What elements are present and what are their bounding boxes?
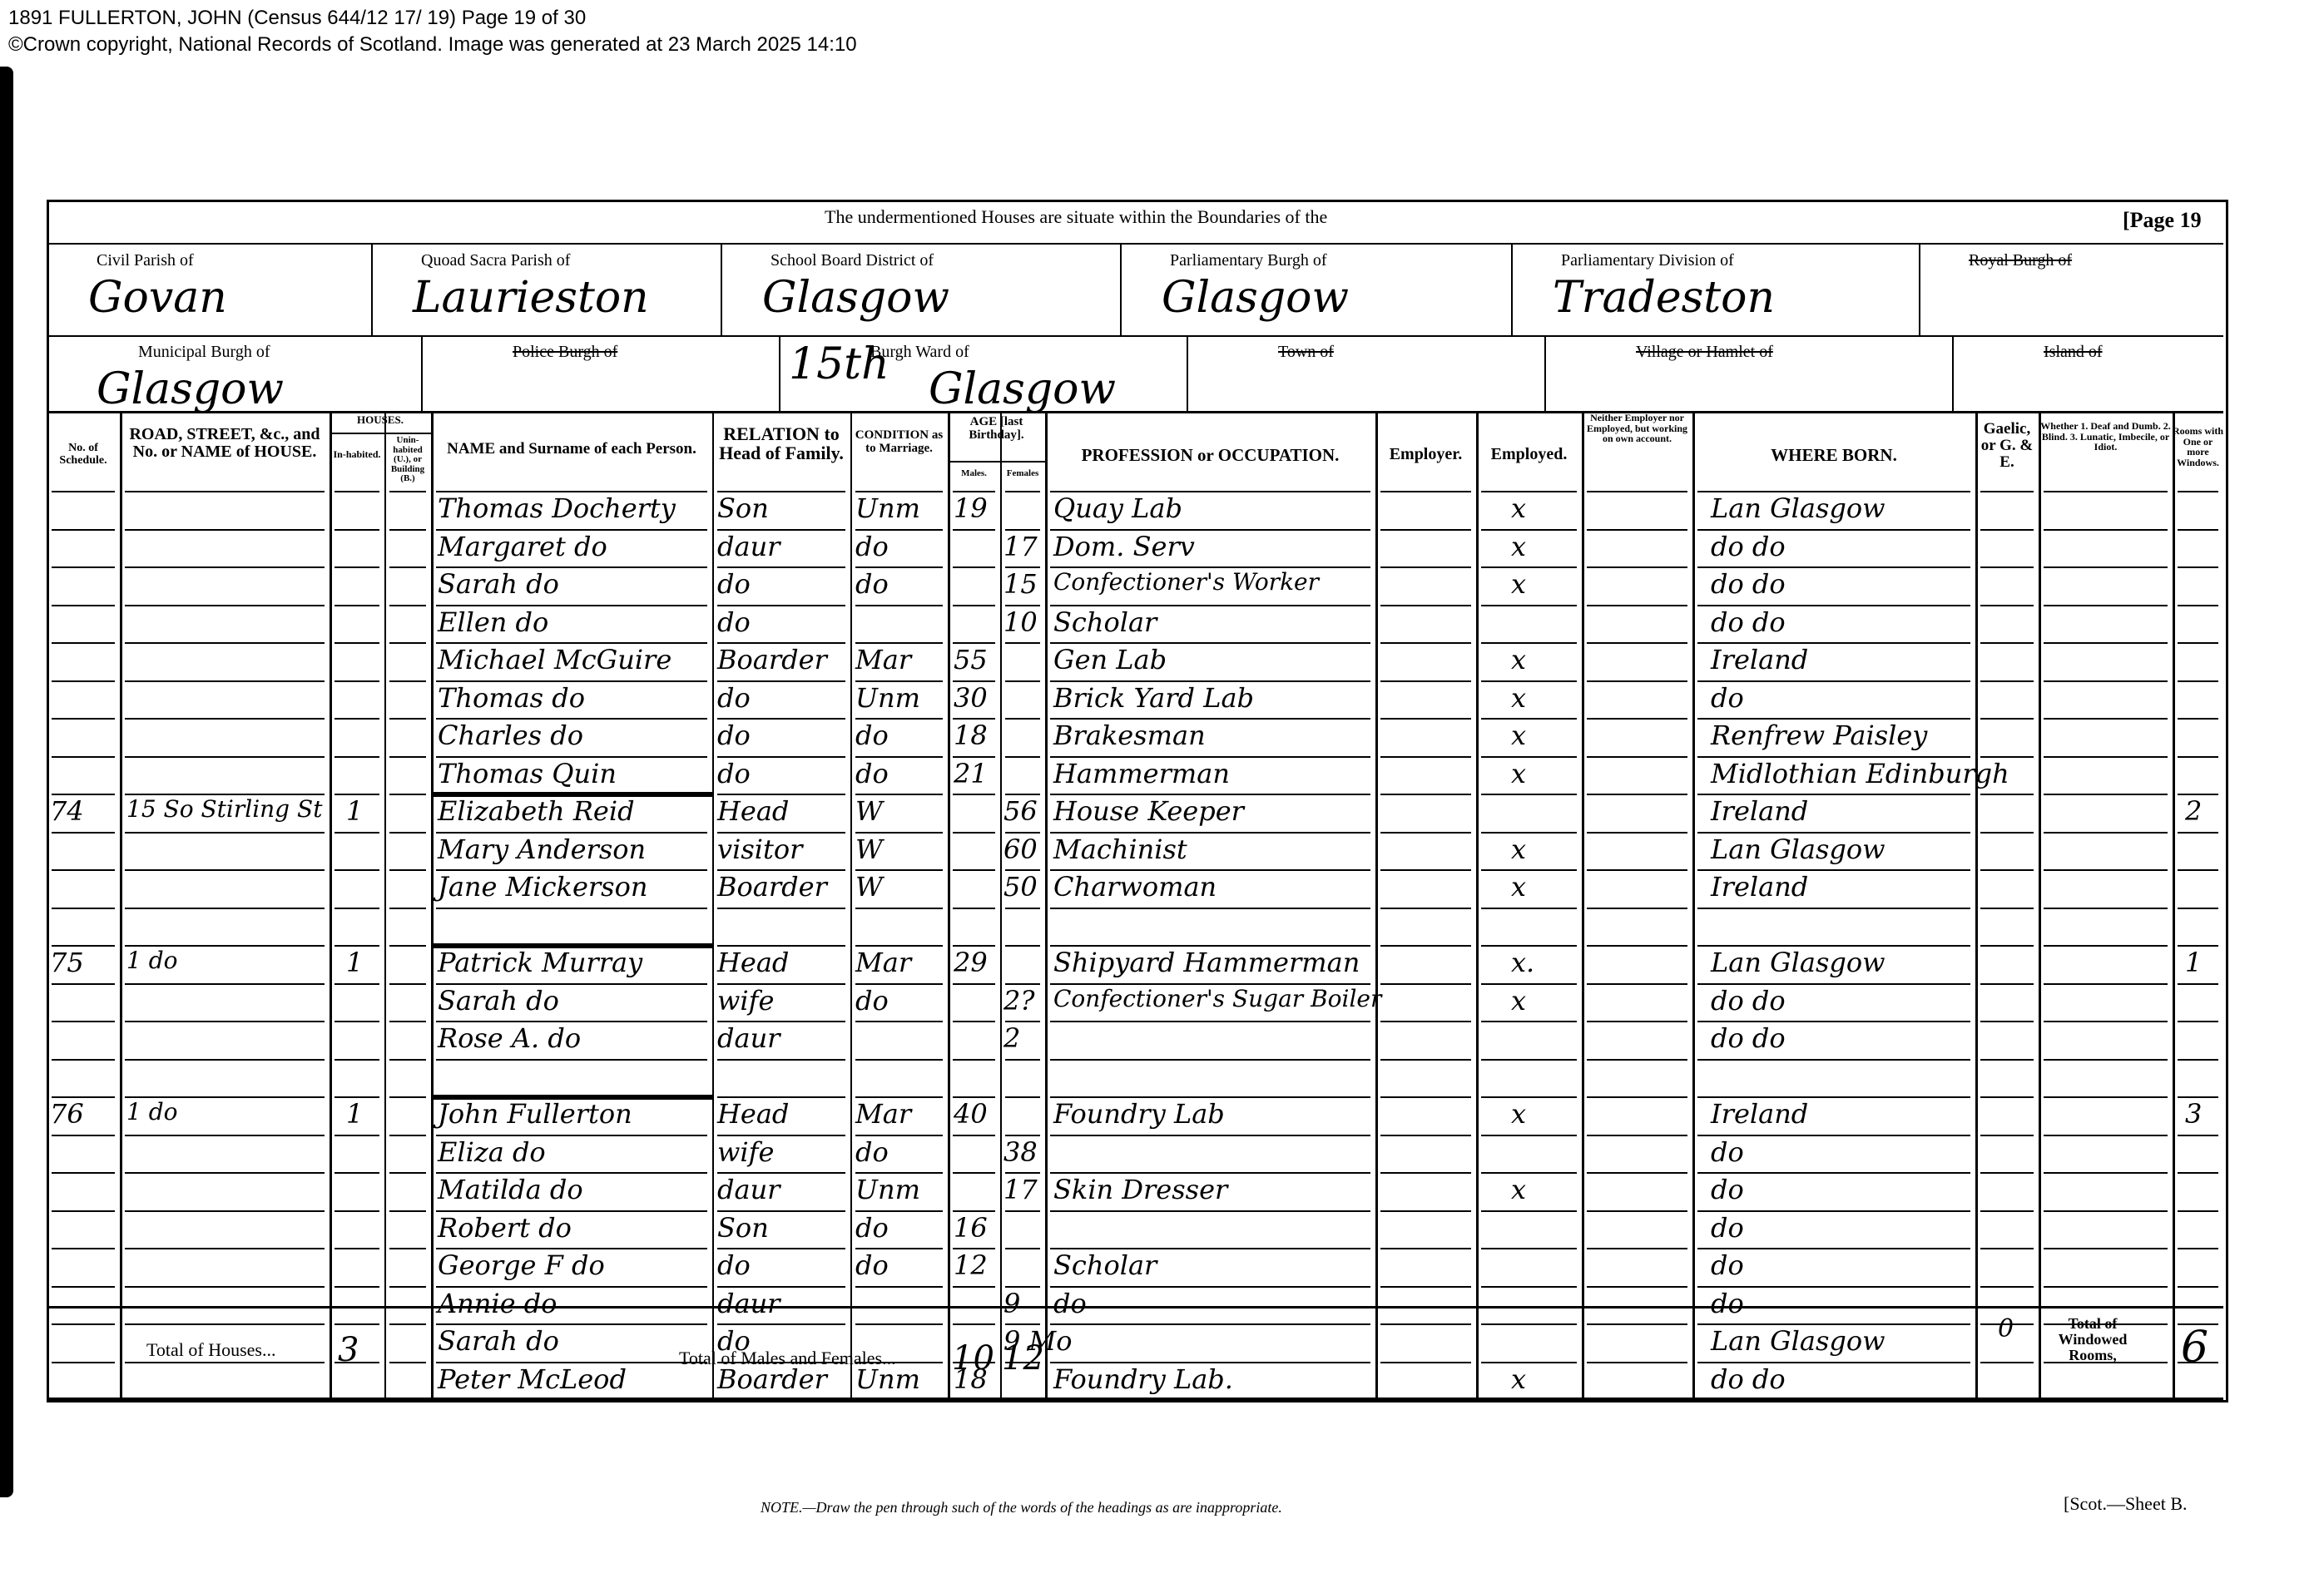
employed-mark: x	[1511, 834, 1526, 865]
person-name: Thomas do	[438, 682, 585, 714]
column-divider	[712, 411, 714, 1398]
row-rule	[953, 1021, 995, 1022]
page-binding-edge	[0, 67, 13, 1497]
row-rule	[334, 529, 379, 531]
row-rule	[953, 566, 995, 568]
column-divider	[2173, 411, 2175, 1398]
employed-mark: x	[1511, 644, 1526, 675]
row-rule	[125, 908, 325, 909]
row-rule	[436, 1399, 707, 1401]
condition-cell: Unm	[855, 682, 920, 714]
row-rule	[717, 908, 845, 909]
row-rule	[1380, 566, 1471, 568]
header-occupation: PROFESSION or OCCUPATION.	[1045, 446, 1375, 464]
male-age: 40	[954, 1098, 988, 1130]
row-rule	[1980, 832, 2034, 834]
row-rule	[389, 908, 426, 909]
relation-cell: daur	[717, 531, 780, 562]
record-title: 1891 FULLERTON, JOHN (Census 644/12 17/ …	[8, 7, 586, 30]
person-name: Annie do	[438, 1288, 557, 1319]
occupation-cell: Foundry Lab.	[1053, 1363, 1233, 1395]
birthplace-cell: do do	[1711, 531, 1786, 562]
row-rule	[2178, 756, 2218, 758]
occupation-cell: Foundry Lab	[1053, 1098, 1225, 1130]
column-divider	[330, 411, 332, 1398]
column-divider	[120, 411, 122, 1398]
row-rule	[2178, 1210, 2218, 1212]
person-name: Elizabeth Reid	[438, 795, 635, 827]
occupation-cell: Brakesman	[1053, 720, 1206, 751]
row-rule	[953, 1172, 995, 1174]
row-rule	[52, 566, 115, 568]
row-rule	[855, 1399, 943, 1401]
row-rule	[2044, 529, 2168, 531]
birthplace-cell: Lan Glasgow	[1711, 834, 1885, 865]
birthplace-cell: do	[1711, 1249, 1744, 1281]
row-rule	[1980, 794, 2034, 795]
employed-mark: x	[1511, 720, 1526, 751]
female-age: 38	[1003, 1136, 1038, 1168]
person-name: Mary Anderson	[438, 834, 646, 865]
total-males-value: 10	[952, 1339, 994, 1378]
row-rule	[125, 566, 325, 568]
row-rule	[389, 1021, 426, 1022]
row-rule	[125, 718, 325, 720]
birthplace-cell: do	[1711, 1174, 1744, 1205]
boundary-value: Glasgow	[1162, 273, 1349, 323]
row-rule	[2178, 1059, 2218, 1061]
row-rule	[1050, 1286, 1370, 1288]
row-rule	[2178, 1021, 2218, 1022]
row-rule	[1481, 1096, 1577, 1098]
row-rule	[1050, 908, 1370, 909]
rooms-cell: 1	[2185, 947, 2202, 978]
header-females: Females	[1000, 469, 1045, 479]
row-rule	[125, 491, 325, 492]
row-rule	[1980, 529, 2034, 531]
row-rule	[389, 605, 426, 606]
condition-cell: do	[855, 720, 889, 751]
row-rule	[334, 566, 379, 568]
row-rule	[1980, 1021, 2034, 1022]
column-divider	[1476, 411, 1479, 1398]
condition-cell: Mar	[855, 644, 911, 675]
person-name: Sarah do	[438, 568, 559, 600]
row-rule	[1380, 794, 1471, 795]
person-name: Ellen do	[438, 606, 548, 638]
employed-mark: x	[1511, 1098, 1526, 1130]
row-rule	[334, 1286, 379, 1288]
row-rule	[52, 908, 115, 909]
row-rule	[1587, 718, 1687, 720]
row-rule	[125, 756, 325, 758]
condition-cell: do	[855, 1136, 889, 1168]
total-persons-label: Total of Males and Females...	[679, 1348, 896, 1369]
relation-cell: do	[717, 720, 751, 751]
relation-cell: Head	[717, 947, 789, 978]
row-rule	[1380, 1172, 1471, 1174]
row-rule	[1587, 605, 1687, 606]
row-rule	[334, 1399, 379, 1401]
row-rule	[334, 1210, 379, 1212]
row-rule	[1980, 1286, 2034, 1288]
row-rule	[2178, 869, 2218, 871]
row-rule	[1380, 680, 1471, 682]
person-name: Thomas Quin	[438, 758, 617, 789]
row-rule	[389, 1135, 426, 1136]
relation-cell: daur	[717, 1288, 780, 1319]
female-age: 17	[1003, 1174, 1038, 1205]
row-rule	[334, 983, 379, 985]
row-rule	[334, 642, 379, 644]
occupation-cell: Scholar	[1053, 606, 1157, 638]
header-whether: Whether 1. Deaf and Dumb. 2. Blind. 3. L…	[2039, 421, 2173, 453]
condition-cell: Mar	[855, 947, 911, 978]
row-rule	[52, 869, 115, 871]
row-rule	[1380, 1021, 1471, 1022]
row-rule	[1005, 1248, 1040, 1249]
row-rule	[389, 1096, 426, 1098]
header-uninhabited: Unin-habited (U.), or Building (B.)	[384, 436, 431, 484]
row-rule	[334, 1172, 379, 1174]
row-rule	[1481, 756, 1577, 758]
row-rule	[2178, 1248, 2218, 1249]
row-rule	[389, 529, 426, 531]
row-rule	[2044, 1135, 2168, 1136]
row-rule	[2044, 680, 2168, 682]
row-rule	[953, 869, 995, 871]
condition-cell: W	[855, 795, 883, 827]
employed-mark: x	[1511, 682, 1526, 714]
birthplace-cell: do do	[1711, 1363, 1786, 1395]
person-name: Sarah do	[438, 985, 559, 1017]
relation-cell: daur	[717, 1174, 780, 1205]
row-rule	[1587, 869, 1687, 871]
row-rule	[1005, 491, 1040, 492]
boundary-label: Municipal Burgh of	[138, 343, 270, 362]
row-rule	[125, 1286, 325, 1288]
column-divider	[431, 411, 434, 1398]
row-rule	[1587, 1059, 1687, 1061]
inhabited-cell: 1	[346, 795, 363, 827]
row-rule	[1587, 1362, 1687, 1363]
row-rule	[1050, 1399, 1370, 1401]
divider	[1919, 243, 1920, 335]
employed-mark: x	[1511, 871, 1526, 903]
row-rule	[1380, 642, 1471, 644]
condition-cell: W	[855, 871, 883, 903]
header-males: Males.	[948, 469, 1000, 479]
female-age: 50	[1003, 871, 1038, 903]
column-divider	[1000, 411, 1002, 1398]
row-rule	[2044, 794, 2168, 795]
relation-cell: daur	[717, 1022, 780, 1054]
row-rule	[953, 1286, 995, 1288]
row-rule	[2044, 718, 2168, 720]
row-rule	[1587, 1248, 1687, 1249]
row-rule	[52, 832, 115, 834]
relation-cell: Boarder	[717, 644, 827, 675]
male-age: 19	[954, 492, 988, 524]
divider	[1120, 243, 1122, 335]
row-rule	[1481, 1399, 1577, 1401]
row-rule	[389, 1172, 426, 1174]
occupation-cell: House Keeper	[1053, 795, 1244, 827]
row-rule	[1005, 1399, 1040, 1401]
header-houses: HOUSES.	[330, 414, 431, 426]
row-rule	[1005, 642, 1040, 644]
header-relation: RELATION to Head of Family.	[712, 424, 850, 463]
row-rule	[1380, 1135, 1471, 1136]
row-rule	[1380, 1399, 1471, 1401]
row-rule	[1005, 1096, 1040, 1098]
condition-cell: W	[855, 834, 883, 865]
row-rule	[52, 1323, 115, 1325]
row-rule	[389, 718, 426, 720]
row-rule	[389, 1286, 426, 1288]
row-rule	[1481, 529, 1577, 531]
row-rule	[2044, 983, 2168, 985]
header-age: AGE [last Birthday].	[948, 416, 1045, 443]
relation-cell: do	[717, 682, 751, 714]
row-rule	[953, 794, 995, 795]
row-rule	[1481, 1135, 1577, 1136]
row-rule	[1005, 908, 1040, 909]
divider	[421, 335, 423, 411]
relation-cell: do	[717, 606, 751, 638]
row-rule	[1005, 1210, 1040, 1212]
row-rule	[1980, 1210, 2034, 1212]
row-rule	[1980, 1096, 2034, 1098]
employed-mark: x	[1511, 531, 1526, 562]
person-name: John Fullerton	[438, 1098, 632, 1130]
row-rule	[1980, 718, 2034, 720]
row-rule	[125, 529, 325, 531]
row-rule	[1380, 491, 1471, 492]
row-rule	[1050, 1059, 1370, 1061]
row-rule	[1587, 794, 1687, 795]
occupation-cell: do	[1053, 1288, 1087, 1319]
divider	[371, 243, 373, 335]
row-rule	[1481, 1021, 1577, 1022]
inhabited-cell: 1	[346, 1098, 363, 1130]
person-name: Matilda do	[438, 1174, 583, 1205]
male-age: 21	[954, 758, 988, 789]
relation-cell: do	[717, 758, 751, 789]
occupation-cell: Confectioner's Worker	[1053, 568, 1319, 596]
row-rule	[953, 1059, 995, 1061]
row-rule	[436, 1059, 707, 1061]
condition-cell: Unm	[855, 1174, 920, 1205]
row-rule	[2044, 756, 2168, 758]
row-rule	[1481, 642, 1577, 644]
row-rule	[389, 983, 426, 985]
row-rule	[52, 491, 115, 492]
row-rule	[125, 983, 325, 985]
row-rule	[125, 1021, 325, 1022]
row-rule	[1587, 983, 1687, 985]
row-rule	[52, 1021, 115, 1022]
schedule-number: 76	[50, 1098, 84, 1130]
row-rule	[2178, 1172, 2218, 1174]
row-rule	[2044, 832, 2168, 834]
header-where-born: WHERE BORN.	[1692, 446, 1975, 464]
schedule-number: 75	[50, 947, 84, 978]
occupation-cell: Dom. Serv	[1053, 531, 1195, 562]
occupation-cell: Brick Yard Lab	[1053, 682, 1254, 714]
birthplace-cell: do	[1711, 1136, 1744, 1168]
row-rule	[1587, 1172, 1687, 1174]
divider	[721, 243, 722, 335]
person-name: Eliza do	[438, 1136, 546, 1168]
row-rule	[334, 908, 379, 909]
row-rule	[389, 869, 426, 871]
column-divider	[384, 411, 386, 1398]
employed-mark: x	[1511, 492, 1526, 524]
row-rule	[2044, 945, 2168, 947]
row-rule	[1481, 1362, 1577, 1363]
row-rule	[2044, 642, 2168, 644]
row-rule	[1481, 605, 1577, 606]
row-rule	[125, 832, 325, 834]
row-rule	[1380, 1210, 1471, 1212]
divider	[47, 1306, 2223, 1308]
person-name: George F do	[438, 1249, 605, 1281]
row-rule	[2044, 605, 2168, 606]
boundary-value: Tradeston	[1553, 273, 1775, 323]
row-rule	[1005, 756, 1040, 758]
birthplace-cell: Lan Glasgow	[1711, 492, 1885, 524]
row-rule	[1481, 566, 1577, 568]
header-gaelic: Gaelic, or G. & E.	[1975, 421, 2039, 471]
row-rule	[389, 680, 426, 682]
relation-cell: Boarder	[717, 871, 827, 903]
row-rule	[1481, 794, 1577, 795]
occupation-cell: Gen Lab	[1053, 644, 1167, 675]
row-rule	[334, 718, 379, 720]
divider	[47, 335, 2223, 337]
column-divider	[1975, 411, 1978, 1398]
relation-cell: wife	[717, 985, 774, 1017]
boundary-label: Royal Burgh of	[1969, 251, 2072, 270]
row-rule	[2044, 1059, 2168, 1061]
condition-cell: Mar	[855, 1098, 911, 1130]
row-rule	[953, 1135, 995, 1136]
total-gaelic-value: 0	[1998, 1314, 2014, 1343]
row-rule	[1980, 642, 2034, 644]
boundary-label: Parliamentary Division of	[1561, 251, 1734, 270]
row-rule	[1380, 945, 1471, 947]
row-rule	[1481, 832, 1577, 834]
row-rule	[1587, 642, 1687, 644]
person-name: Michael McGuire	[438, 644, 671, 675]
male-age: 16	[954, 1212, 988, 1244]
birthplace-cell: Midlothian Edinburgh	[1711, 758, 2009, 789]
relation-cell: Head	[717, 1098, 789, 1130]
female-age: 9	[1003, 1288, 1020, 1319]
row-rule	[2178, 1286, 2218, 1288]
employed-mark: x	[1511, 568, 1526, 600]
row-rule	[2178, 642, 2218, 644]
birthplace-cell: do do	[1711, 606, 1786, 638]
divider	[1544, 335, 1546, 411]
total-houses-label: Total of Houses...	[146, 1339, 276, 1361]
row-rule	[125, 1172, 325, 1174]
row-rule	[389, 1399, 426, 1401]
column-divider	[1582, 411, 1584, 1398]
row-rule	[1587, 756, 1687, 758]
row-rule	[1980, 566, 2034, 568]
header-inhabited: In-habited.	[330, 449, 384, 460]
row-rule	[1587, 1021, 1687, 1022]
row-rule	[1380, 1059, 1471, 1061]
row-rule	[52, 1059, 115, 1061]
boundary-value: Glasgow	[929, 364, 1116, 414]
boundary-label: Quoad Sacra Parish of	[421, 251, 570, 270]
row-rule	[1697, 1059, 1970, 1061]
row-rule	[1587, 1399, 1687, 1401]
row-rule	[52, 605, 115, 606]
row-rule	[1980, 869, 2034, 871]
row-rule	[389, 945, 426, 947]
row-rule	[2178, 983, 2218, 985]
row-rule	[125, 1135, 325, 1136]
row-rule	[2178, 491, 2218, 492]
row-rule	[52, 1248, 115, 1249]
condition-cell: do	[855, 1249, 889, 1281]
row-rule	[953, 1399, 995, 1401]
column-divider	[1375, 411, 1378, 1398]
row-rule	[1587, 680, 1687, 682]
row-rule	[1980, 1362, 2034, 1363]
row-rule	[125, 869, 325, 871]
row-rule	[1587, 1323, 1687, 1325]
header-employed: Employed.	[1476, 446, 1582, 463]
column-divider	[1045, 411, 1048, 1398]
occupation-cell: Confectioner's Sugar Boiler	[1053, 985, 1381, 1012]
relation-cell: visitor	[717, 834, 802, 865]
person-name: Patrick Murray	[438, 947, 642, 978]
row-rule	[1380, 1286, 1471, 1288]
condition-cell: do	[855, 758, 889, 789]
boundary-label: Parliamentary Burgh of	[1170, 251, 1326, 270]
row-rule	[1481, 1323, 1577, 1325]
row-rule	[125, 1323, 325, 1325]
male-age: 18	[954, 720, 988, 751]
female-age: 60	[1003, 834, 1038, 865]
divider	[330, 433, 431, 434]
row-rule	[389, 1323, 426, 1325]
employed-mark: x	[1511, 985, 1526, 1017]
row-rule	[2044, 491, 2168, 492]
row-rule	[334, 832, 379, 834]
header-condition: CONDITION as to Marriage.	[850, 429, 948, 456]
row-rule	[1587, 491, 1687, 492]
row-rule	[125, 1210, 325, 1212]
row-rule	[1005, 680, 1040, 682]
census-page: The undermentioned Houses are situate wi…	[47, 200, 2227, 1497]
row-rule	[717, 1059, 845, 1061]
row-rule	[855, 1021, 943, 1022]
occupation-cell: Machinist	[1053, 834, 1187, 865]
column-divider	[948, 411, 950, 1398]
row-rule	[389, 1362, 426, 1363]
row-rule	[52, 718, 115, 720]
person-name: Charles do	[438, 720, 583, 751]
row-rule	[436, 908, 707, 909]
relation-cell: Head	[717, 795, 789, 827]
row-rule	[1587, 832, 1687, 834]
